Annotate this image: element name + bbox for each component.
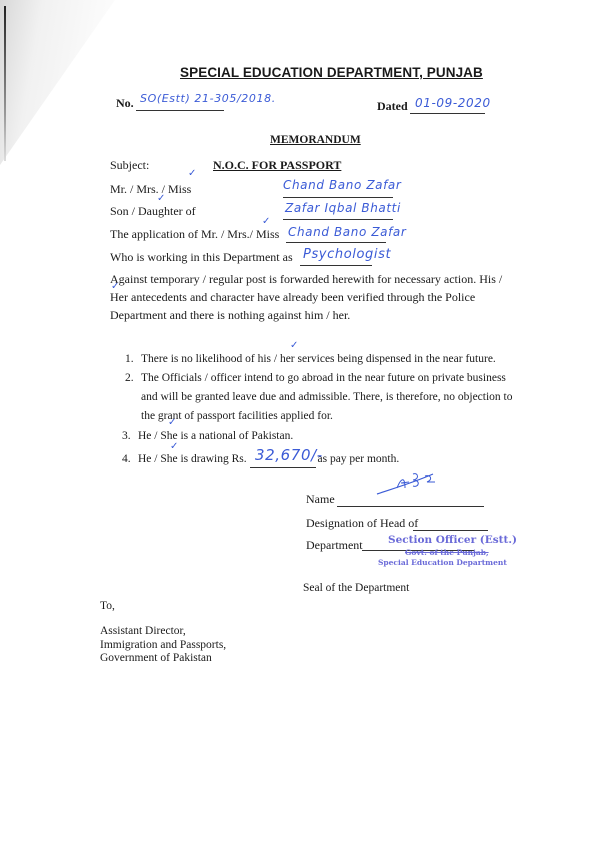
number-underline <box>136 110 224 111</box>
designation-label: Designation of Head of <box>306 516 418 531</box>
dated-label: Dated <box>377 99 408 114</box>
field-underline-parent <box>283 219 393 220</box>
point-3: 3.He / She is a national of Pakistan. <box>122 427 293 446</box>
pay-amount: 32,670/- <box>255 446 323 464</box>
signature-scribble-icon <box>375 468 455 498</box>
page-fold-shadow <box>0 0 115 165</box>
subject-value: N.O.C. FOR PASSPORT <box>213 158 341 173</box>
checkmark-icon: ✓ <box>111 281 119 292</box>
checkmark-icon: ✓ <box>157 193 165 204</box>
field-label-parent: Son / Daughter of <box>110 204 196 219</box>
pay-underline <box>250 467 316 468</box>
checkmark-icon: ✓ <box>290 340 298 351</box>
field-underline-designation <box>300 265 372 266</box>
body-line-1: Against temporary / regular post is forw… <box>110 270 502 288</box>
name-underline <box>337 506 484 507</box>
checkmark-icon: ✓ <box>262 216 270 227</box>
page-fold-edge <box>4 6 6 161</box>
name-label: Name <box>306 492 335 507</box>
recipient-address: Assistant Director, Immigration and Pass… <box>100 625 226 666</box>
field-underline-name <box>283 197 393 198</box>
recipient-to: To, <box>100 600 115 612</box>
number-label: No. <box>116 96 134 111</box>
field-label-application: The application of Mr. / Mrs./ Miss <box>110 227 279 242</box>
department-label: Department <box>306 538 363 553</box>
subject-label: Subject: <box>110 158 149 173</box>
designation-underline <box>413 530 488 531</box>
field-value-name: Chand Bano Zafar <box>283 178 401 192</box>
stamp-line-3: Special Education Department <box>378 558 507 567</box>
field-value-designation: Psychologist <box>303 247 391 262</box>
field-label-name: Mr. / Mrs. / Miss <box>110 182 191 197</box>
memorandum-title: MEMORANDUM <box>270 134 361 146</box>
dated-value: 01-09-2020 <box>415 96 491 110</box>
point-1: 1.There is no likelihood of his / her se… <box>125 350 496 369</box>
seal-label: Seal of the Department <box>303 582 409 594</box>
body-line-3: Department and there is nothing against … <box>110 306 502 324</box>
field-underline-application <box>286 242 386 243</box>
field-value-parent: Zafar Iqbal Bhatti <box>285 201 401 215</box>
checkmark-icon: ✓ <box>170 441 178 452</box>
checkmark-icon: ✓ <box>188 168 196 179</box>
stamp-line-1: Section Officer (Estt.) <box>388 534 517 546</box>
field-label-designation: Who is working in this Department as <box>110 250 293 265</box>
number-value: SO(Estt) 21-305/2018. <box>140 92 276 105</box>
dated-underline <box>410 113 485 114</box>
checkmark-icon: ✓ <box>168 417 176 428</box>
body-line-2: Her antecedents and character have alrea… <box>110 288 502 306</box>
point-2: 2.The Officials / officer intend to go a… <box>125 369 513 426</box>
department-heading: SPECIAL EDUCATION DEPARTMENT, PUNJAB <box>180 65 483 80</box>
stamp-line-2: Govt. of the Punjab, <box>405 548 489 557</box>
field-value-application: Chand Bano Zafar <box>288 225 406 239</box>
